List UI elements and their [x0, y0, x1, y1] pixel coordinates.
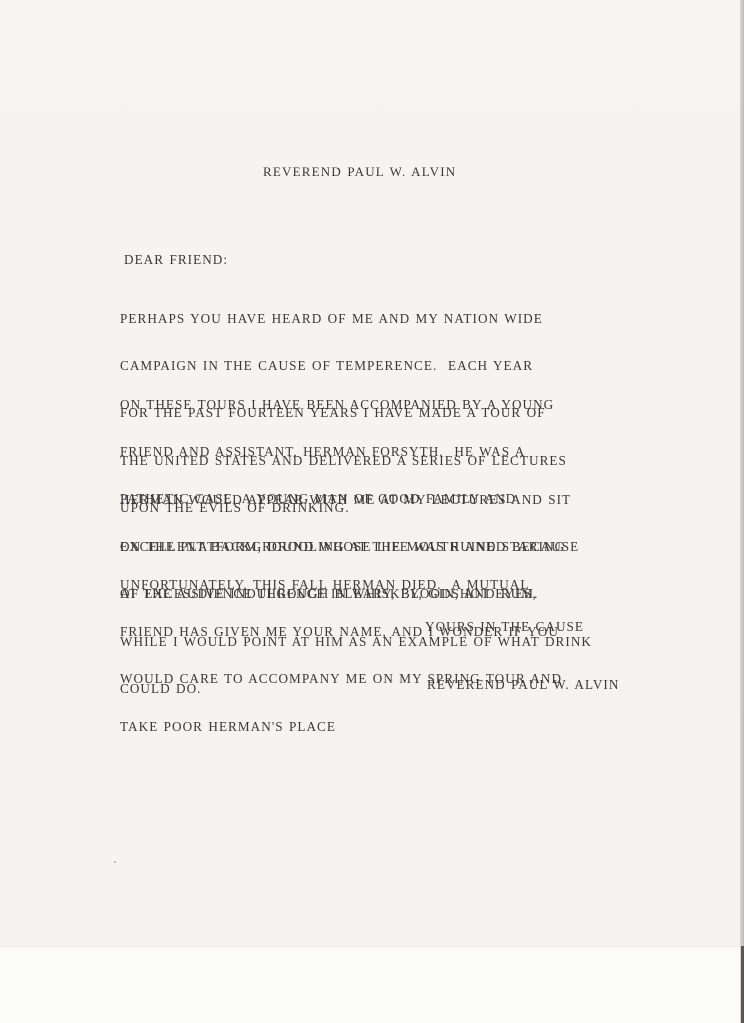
- signature: REVEREND PAUL W. ALVIN: [427, 677, 619, 693]
- letterhead-name: REVEREND PAUL W. ALVIN: [263, 164, 456, 180]
- paragraph-line: TAKE POOR HERMAN'S PLACE: [120, 719, 562, 735]
- paragraph-line: HERMAN WOULD APPEAR WITH ME AT MY LECTUR…: [120, 492, 592, 508]
- salutation: DEAR FRIEND:: [124, 252, 228, 268]
- paper-speck: [114, 861, 116, 863]
- paragraph-line: ON THESE TOURS I HAVE BEEN ACCOMPANIED B…: [120, 397, 579, 413]
- page-right-edge-shadow: [740, 0, 744, 1023]
- closing: YOURS IN THE CAUSE: [425, 619, 584, 635]
- paragraph-line: FRIEND AND ASSISTANT, HERMAN FORSYTH. HE…: [120, 444, 579, 460]
- letter-page: REVEREND PAUL W. ALVIN DEAR FRIEND: PERH…: [0, 0, 744, 1023]
- paragraph-line: UNFORTUNATELY, THIS FALL HERMAN DIED. A …: [120, 577, 562, 593]
- paper-lower-band: [0, 946, 744, 1023]
- paragraph-4: UNFORTUNATELY, THIS FALL HERMAN DIED. A …: [120, 545, 562, 766]
- paragraph-line: PERHAPS YOU HAVE HEARD OF ME AND MY NATI…: [120, 311, 567, 327]
